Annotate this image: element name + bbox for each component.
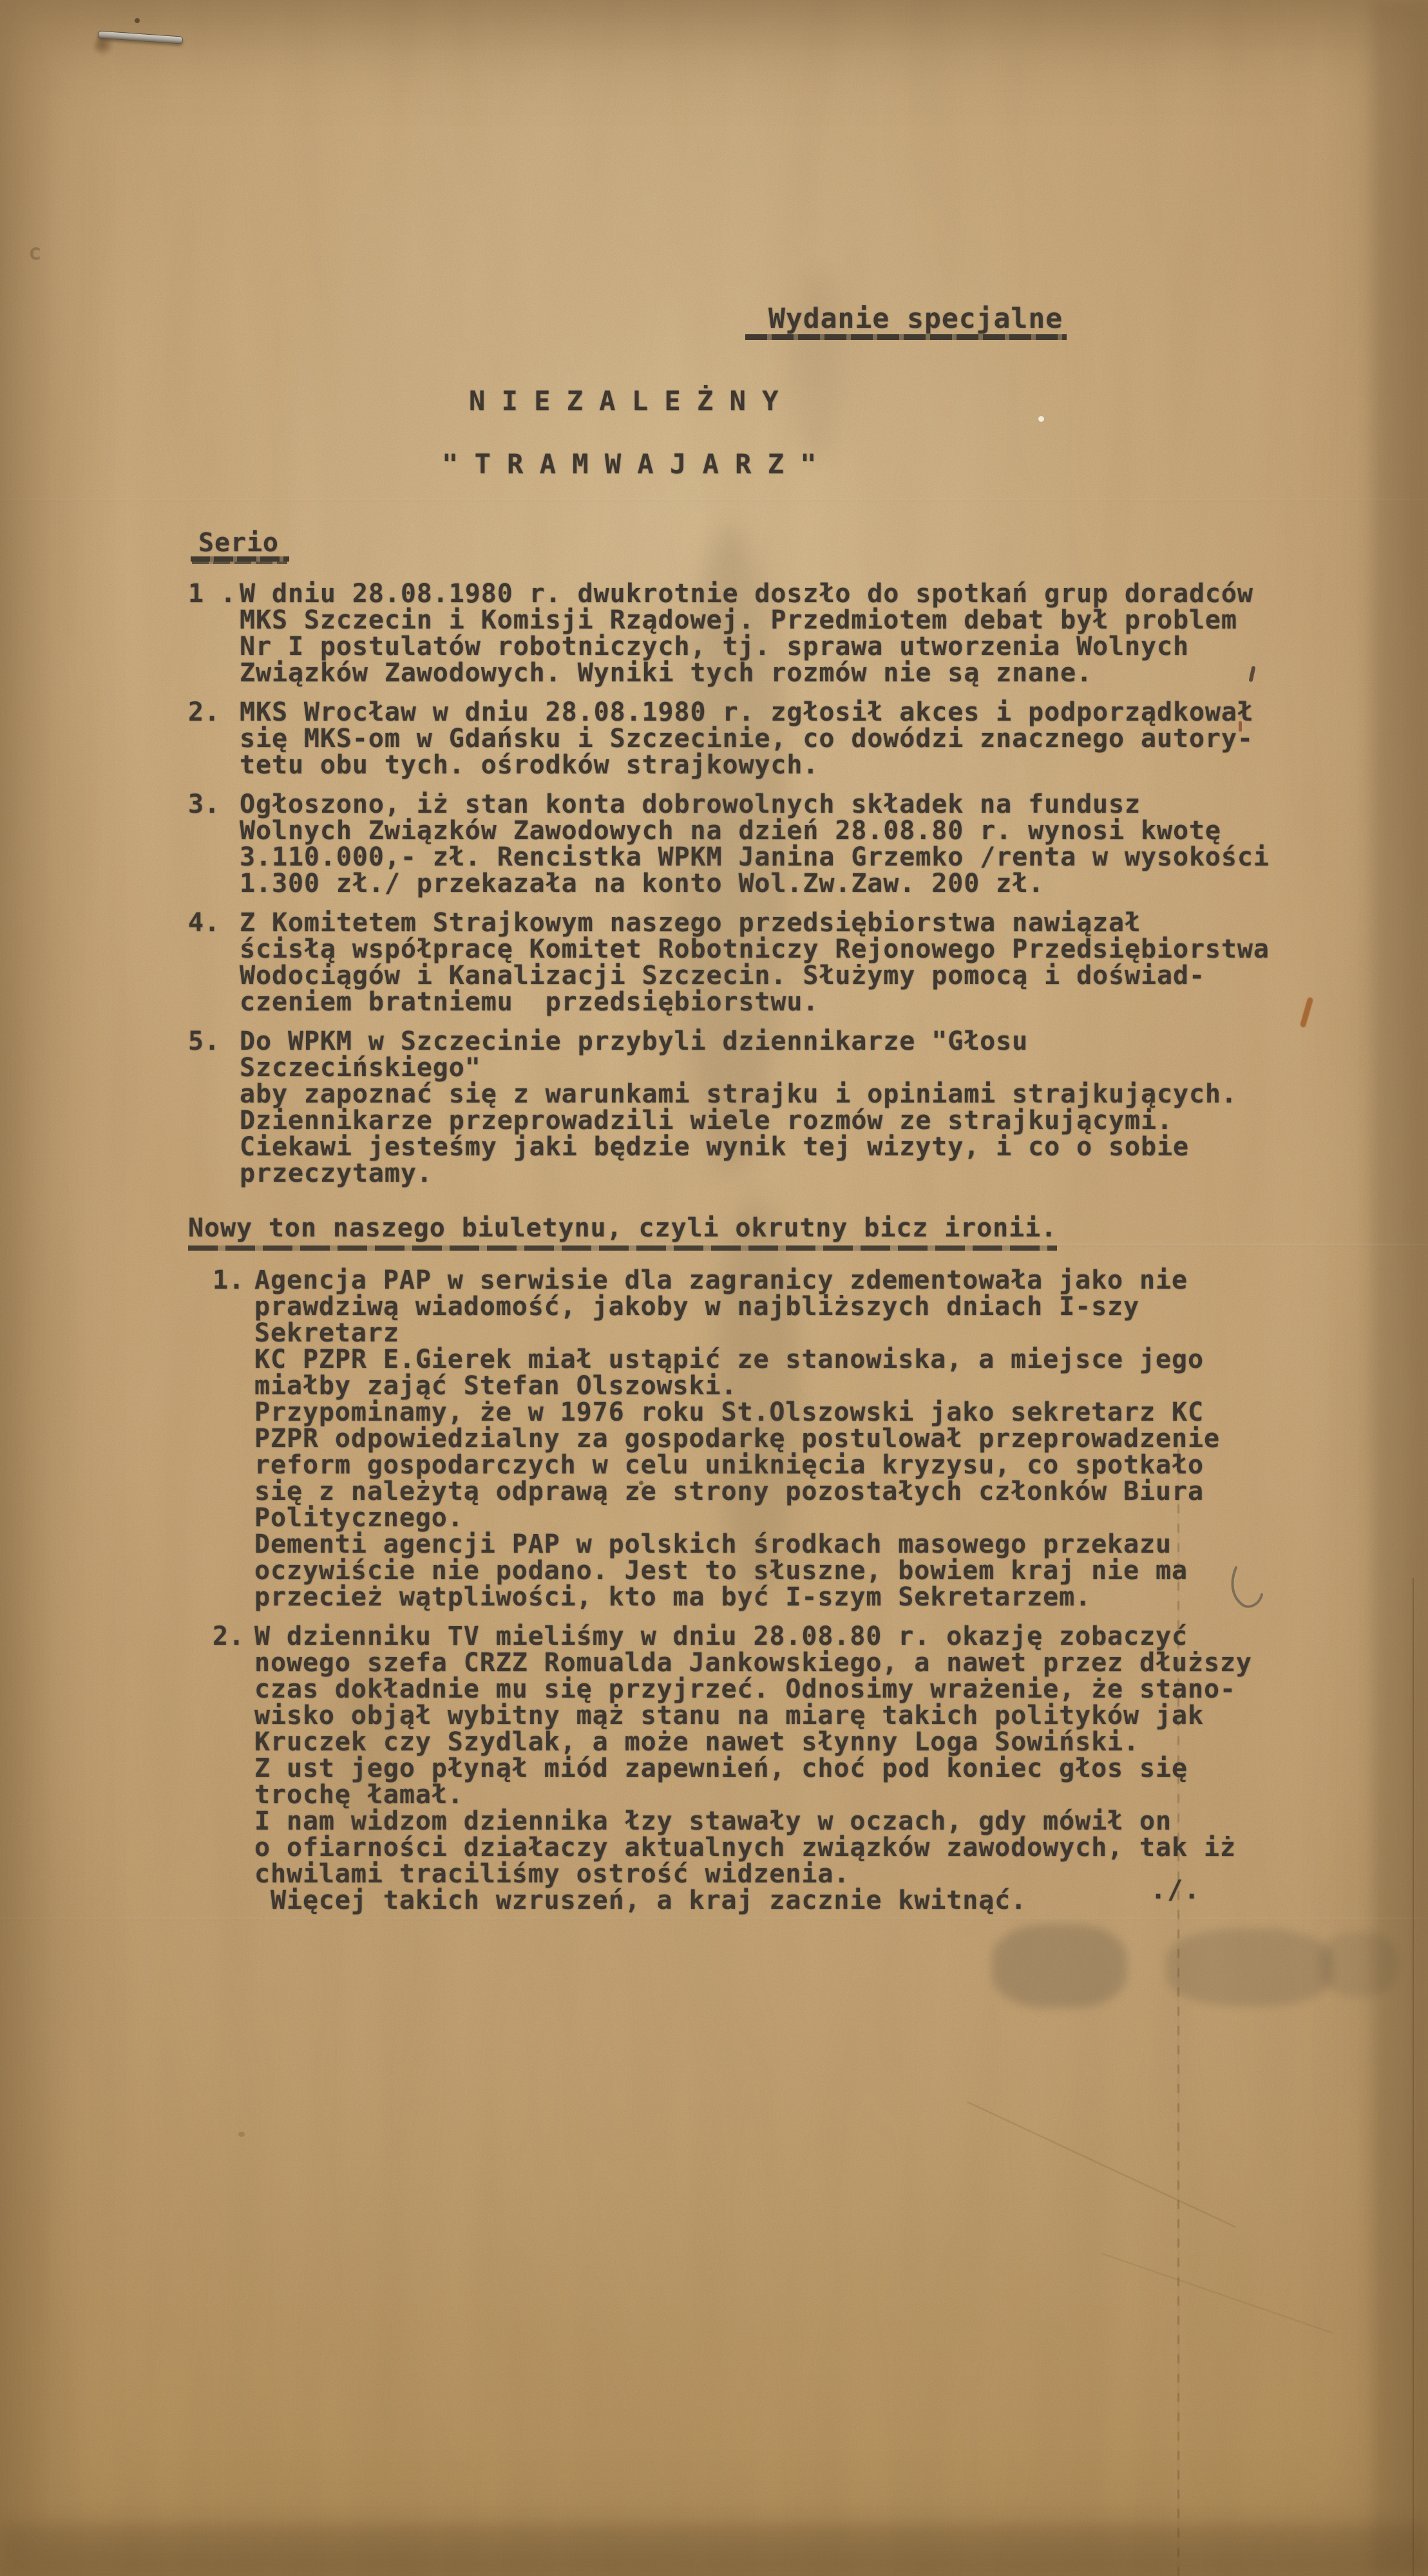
serio-item-list: 1 .W dniu 28.08.1980 r. dwukrotnie doszł… [188,581,1283,1187]
item-marker: 1 . [188,581,240,687]
section-heading-irony: Nowy ton naszego biuletynu, czyli okrutn… [188,1215,1057,1251]
item-marker: 1. [213,1267,254,1611]
item-text: MKS Wrocław w dniu 28.08.1980 r. zgłosił… [240,699,1253,779]
list-item: 1 .W dniu 28.08.1980 r. dwukrotnie doszł… [188,581,1283,687]
masthead-title-line2: " T R A M W A J A R Z " [442,450,817,478]
item-marker: 3. [188,791,240,897]
scratch-mark [1101,2253,1333,2334]
item-text: W dzienniku TV mieliśmy w dniu 28.08.80 … [254,1624,1252,1914]
ink-smudge-column [792,270,844,464]
red-fiber-mark [1239,721,1242,732]
list-item: 1.Agencja PAP w serwisie dla zagranicy z… [213,1267,1283,1611]
item-text: W dniu 28.08.1980 r. dwukrotnie doszło d… [240,581,1253,687]
item-text: Agencja PAP w serwisie dla zagranicy zde… [254,1267,1283,1611]
item-text: Ogłoszono, iż stan konta dobrowolnych sk… [240,791,1270,897]
end-mark: ./. [1150,1875,1201,1905]
right-edge-shading [1372,0,1428,2576]
scratch-mark [967,2101,1236,2228]
carbon-smudge [992,1924,1127,2008]
document-body: Serio 1 .W dniu 28.08.1980 r. dwukrotnie… [188,529,1283,1927]
item-marker: 2. [213,1624,254,1914]
paper-speck [1038,416,1044,422]
fold-crease [0,499,1428,501]
item-text: Z Komitetem Strajkowym naszego przedsięb… [240,910,1270,1016]
irony-item-list: 1.Agencja PAP w serwisie dla zagranicy z… [188,1267,1283,1914]
edition-label: Wydanie specjalne [745,304,1067,340]
paper-speck [135,18,140,23]
scanned-document-page: c Wydanie specjalne N I E Z A L E Ż N Y … [0,0,1428,2576]
item-marker: 5. [188,1028,240,1187]
list-item: 4.Z Komitetem Strajkowym naszego przedsi… [188,910,1283,1016]
bottom-edge-shading [0,2524,1428,2576]
list-item: 2.MKS Wrocław w dniu 28.08.1980 r. zgłos… [188,699,1283,779]
item-text: Do WPKM w Szczecinie przybyli dziennikar… [240,1028,1283,1187]
masthead-title-line1: N I E Z A L E Ż N Y [469,387,778,415]
page-edge-line [1413,1578,1414,2576]
list-item: 3.Ogłoszono, iż stan konta dobrowolnych … [188,791,1283,897]
item-marker: 2. [188,699,240,779]
pencil-squiggle-mark [1227,1564,1272,1618]
carbon-smudge [1166,1929,1333,2006]
section-heading-serio: Serio [191,530,289,564]
item-marker: 4. [188,910,240,1016]
carbon-smudge [1320,1932,1398,1996]
orange-pen-slash-mark [1300,997,1314,1028]
list-item: 5.Do WPKM w Szczecinie przybyli dziennik… [188,1028,1283,1187]
paper-speck [238,2132,245,2137]
pencil-mark: c [28,240,41,265]
list-item: 2.W dzienniku TV mieliśmy w dniu 28.08.8… [213,1624,1283,1914]
